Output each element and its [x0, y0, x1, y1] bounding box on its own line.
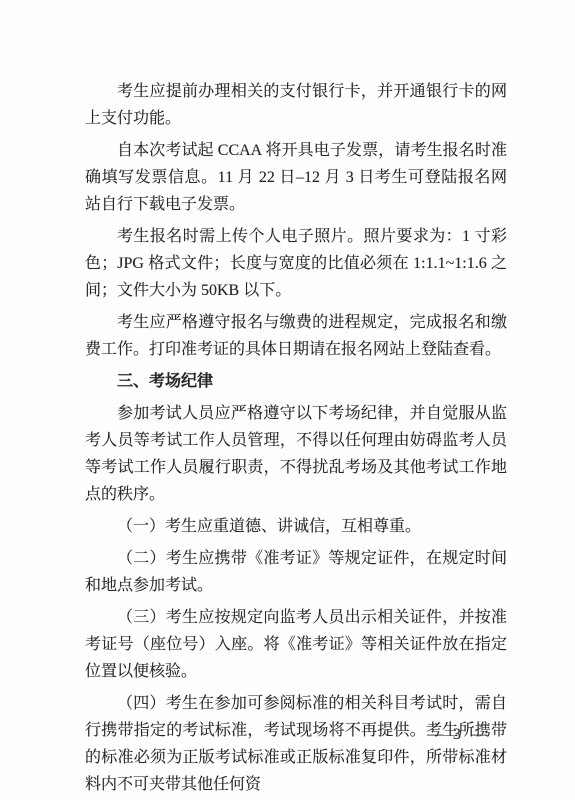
paragraph-photo-upload: 考生报名时需上传个人电子照片。照片要求为：1 寸彩色；JPG 格式文件；长度与宽… — [85, 223, 507, 304]
section-heading-exam-discipline: 三、考场纪律 — [85, 368, 507, 395]
paragraph-rule-2: （二）考生应携带《准考证》等规定证件，在规定时间和地点参加考试。 — [85, 545, 507, 599]
paragraph-rule-1: （一）考生应重道德、讲诚信，互相尊重。 — [85, 513, 507, 540]
page-number: — 3 — — [427, 726, 490, 744]
paragraph-discipline-intro: 参加考试人员应严格遵守以下考场纪律，并自觉服从监考人员等考试工作人员管理，不得以… — [85, 400, 507, 508]
paragraph-payment-card: 考生应提前办理相关的支付银行卡，并开通银行卡的网上支付功能。 — [85, 78, 507, 132]
paragraph-rule-4: （四）考生在参加可参阅标准的相关科目考试时，需自行携带指定的考试标准，考试现场将… — [85, 690, 507, 798]
document-body: 考生应提前办理相关的支付银行卡，并开通银行卡的网上支付功能。 自本次考试起 CC… — [85, 78, 507, 800]
paragraph-e-invoice: 自本次考试起 CCAA 将开具电子发票，请考生报名时准确填写发票信息。11 月 … — [85, 137, 507, 218]
scanned-document-page: 考生应提前办理相关的支付银行卡，并开通银行卡的网上支付功能。 自本次考试起 CC… — [0, 0, 575, 800]
paragraph-registration-fee: 考生应严格遵守报名与缴费的进程规定，完成报名和缴费工作。打印准考证的具体日期请在… — [85, 309, 507, 363]
paragraph-rule-3: （三）考生应按规定向监考人员出示相关证件，并按准考证号（座位号）入座。将《准考证… — [85, 604, 507, 685]
